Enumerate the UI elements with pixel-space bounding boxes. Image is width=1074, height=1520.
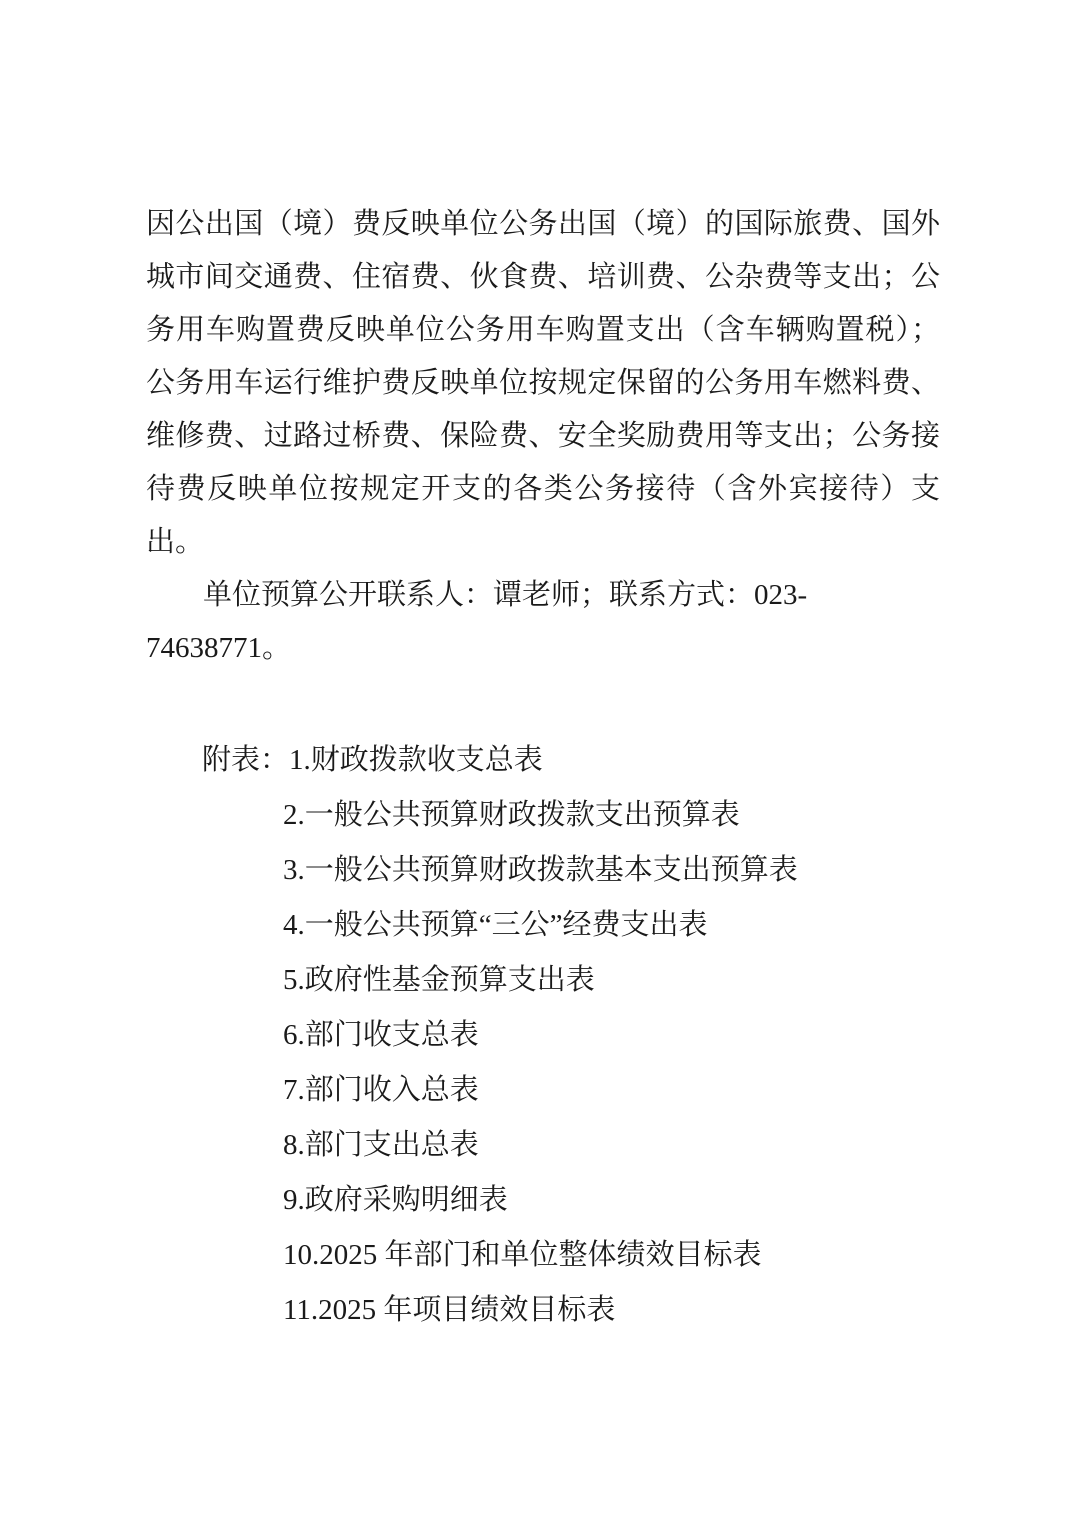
attachment-row: 附表：1.财政拨款收支总表 [146,733,940,788]
attachment-row: 8.部门支出总表 [146,1118,940,1173]
attachment-item-7: 7.部门收入总表 [283,1074,479,1106]
attachment-row: 2.一般公共预算财政拨款支出预算表 [146,788,940,843]
attachment-item-10: 10.2025 年部门和单位整体绩效目标表 [283,1239,762,1271]
attachment-row: 10.2025 年部门和单位整体绩效目标表 [146,1228,940,1283]
attachment-row: 7.部门收入总表 [146,1063,940,1118]
attachment-item-6: 6.部门收支总表 [283,1019,479,1051]
attachment-item-8: 8.部门支出总表 [283,1129,479,1161]
attachment-item-3: 3.一般公共预算财政拨款基本支出预算表 [283,854,798,886]
attachment-row: 11.2025 年项目绩效目标表 [146,1283,940,1338]
attachment-item-11: 11.2025 年项目绩效目标表 [283,1294,615,1326]
attachment-item-4: 4.一般公共预算“三公”经费支出表 [283,909,708,941]
attachments-label: 附表： [202,744,289,776]
attachments-list: 附表：1.财政拨款收支总表 2.一般公共预算财政拨款支出预算表 3.一般公共预算… [146,733,940,1338]
attachment-item-1: 1.财政拨款收支总表 [289,744,543,776]
document-page: 因公出国（境）费反映单位公务出国（境）的国际旅费、国外城市间交通费、住宿费、伙食… [0,0,1074,1520]
paragraph-expense-definition: 因公出国（境）费反映单位公务出国（境）的国际旅费、国外城市间交通费、住宿费、伙食… [146,198,940,569]
attachment-item-2: 2.一般公共预算财政拨款支出预算表 [283,799,740,831]
attachment-row: 9.政府采购明细表 [146,1173,940,1228]
page-content: 因公出国（境）费反映单位公务出国（境）的国际旅费、国外城市间交通费、住宿费、伙食… [146,198,940,1338]
attachment-item-5: 5.政府性基金预算支出表 [283,964,595,996]
attachment-item-9: 9.政府采购明细表 [283,1184,508,1216]
attachment-row: 4.一般公共预算“三公”经费支出表 [146,898,940,953]
attachment-row: 3.一般公共预算财政拨款基本支出预算表 [146,843,940,898]
attachment-row: 5.政府性基金预算支出表 [146,953,940,1008]
attachment-row: 6.部门收支总表 [146,1008,940,1063]
paragraph-contact: 单位预算公开联系人：谭老师；联系方式：023-74638771。 [146,569,940,675]
